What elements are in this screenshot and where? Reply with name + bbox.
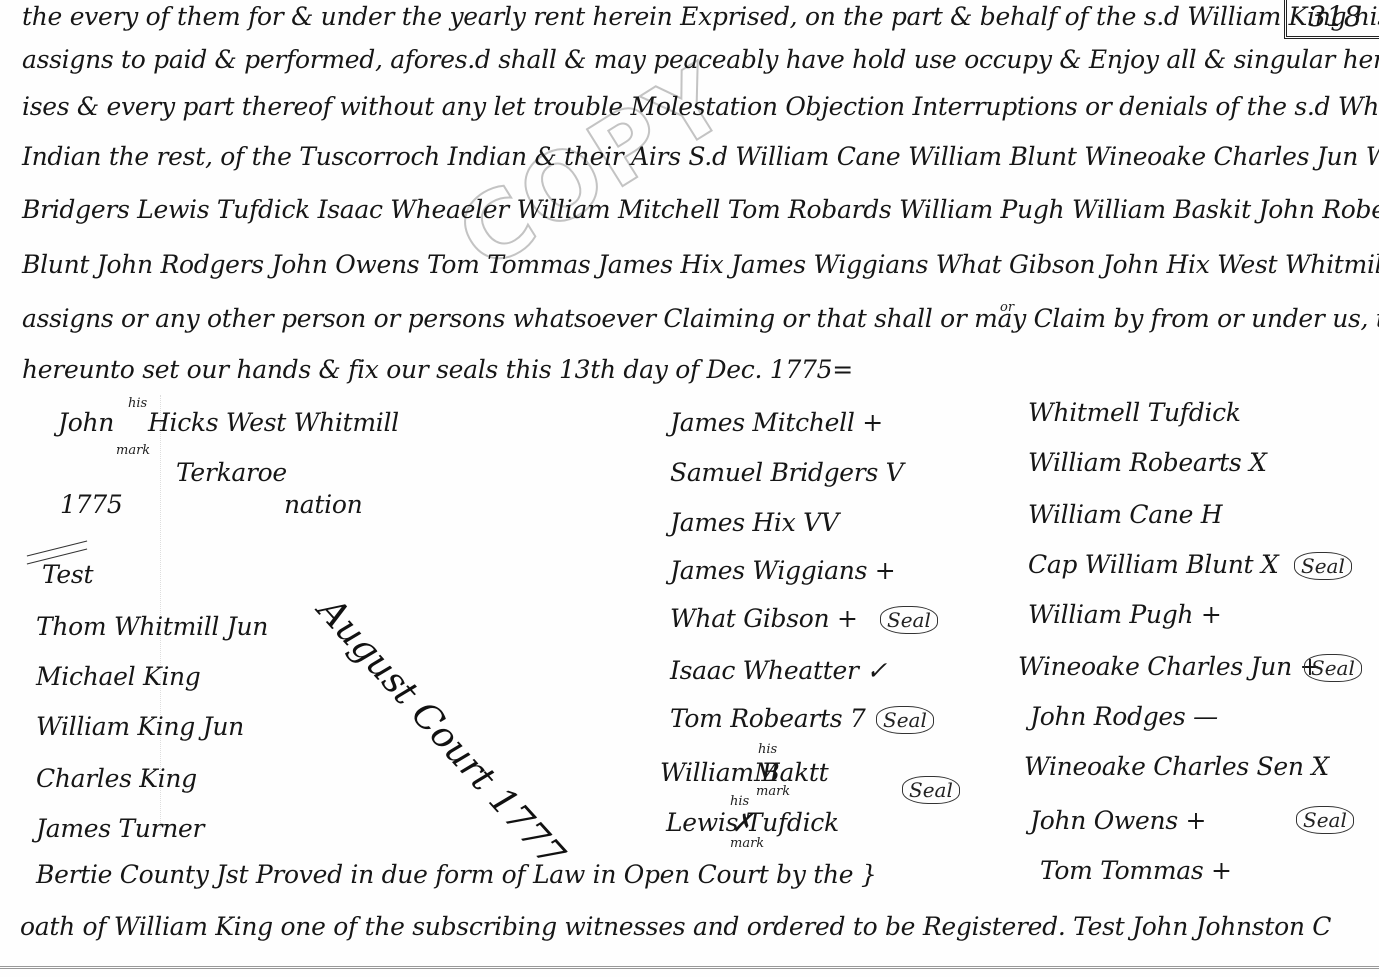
- principal-signer-first: John: [58, 408, 114, 437]
- witness-2: Michael King: [36, 662, 201, 691]
- signature-mid-6: Isaac Wheatter ✓: [670, 656, 887, 685]
- signer-name: John Rodges: [1030, 702, 1185, 731]
- signer-mark: —: [1193, 702, 1218, 731]
- signer-mark: +: [1186, 806, 1207, 835]
- signer-mark: ✓: [866, 656, 887, 685]
- signer-mark: H: [1201, 500, 1223, 529]
- body-line-1: the every of them for & under the yearly…: [22, 2, 1379, 31]
- signer-mark: +: [875, 556, 896, 585]
- signer-name: Wineoake Charles Jun: [1018, 652, 1292, 681]
- seal-mark: Seal: [880, 606, 938, 634]
- signer-mark: 7: [850, 704, 866, 733]
- august-court-note: August Court 1777: [310, 590, 573, 875]
- document-page: 318 COPY the every of them for & under t…: [0, 0, 1379, 977]
- body-line-2: assigns to paid & performed, afores.d sh…: [22, 45, 1379, 74]
- signature-right-3: William Cane H: [1028, 500, 1222, 529]
- signature-mid-1: James Mitchell +: [670, 408, 883, 437]
- tribe-name: Terkaroe: [176, 458, 287, 487]
- interlinear-or: or: [1000, 300, 1014, 315]
- seal-mark: Seal: [1294, 552, 1352, 580]
- signer-name: Isaac Wheatter: [670, 656, 859, 685]
- signer-mark: V: [886, 458, 904, 487]
- signer-mark: +: [1201, 600, 1222, 629]
- signer-mark: VV: [803, 508, 839, 537]
- seal-mark: Seal: [1304, 654, 1362, 682]
- proof-line-1: Bertie County Jst Proved in due form of …: [36, 860, 877, 889]
- mid-8-mark-word: mark: [756, 784, 790, 799]
- mid-8-mark: M: [754, 758, 779, 787]
- principal-mark: mark: [116, 443, 150, 458]
- signature-right-7: John Rodges —: [1030, 702, 1218, 731]
- signer-mark: +: [837, 604, 858, 633]
- signer-name: William Cane: [1028, 500, 1193, 529]
- signer-mark: X: [1311, 752, 1329, 781]
- mid-9-mark: ✗: [732, 808, 753, 837]
- signer-name: Tom Robearts: [670, 704, 842, 733]
- signature-right-1: Whitmell Tufdick: [1028, 398, 1241, 427]
- principal-his: his: [128, 396, 147, 411]
- bottom-rule: [0, 966, 1379, 969]
- test-rule: [27, 541, 87, 557]
- signer-name: Tom Tommas: [1040, 856, 1203, 885]
- signer-name: Wineoake Charles Sen: [1024, 752, 1304, 781]
- signer-name: Cap William Blunt: [1028, 550, 1253, 579]
- signer-name: William Baktt: [660, 758, 828, 787]
- signer-name: James Hix: [670, 508, 795, 537]
- mid-9-his: his: [730, 794, 749, 809]
- signature-mid-8: William Baktt: [660, 758, 828, 787]
- body-line-7: assigns or any other person or persons w…: [22, 304, 1379, 333]
- year: 1775: [60, 490, 122, 519]
- body-line-8: hereunto set our hands & fix our seals t…: [22, 355, 853, 384]
- signature-right-2: William Robearts X: [1028, 448, 1267, 477]
- signer-name: James Mitchell: [670, 408, 855, 437]
- signature-right-4: Cap William Blunt X: [1028, 550, 1278, 579]
- seal-mark: Seal: [1296, 806, 1354, 834]
- seal-mark: Seal: [902, 776, 960, 804]
- signature-mid-2: Samuel Bridgers V: [670, 458, 903, 487]
- signature-mid-3: James Hix VV: [670, 508, 839, 537]
- witness-1: Thom Whitmill Jun: [36, 612, 268, 641]
- signer-mark: X: [1261, 550, 1279, 579]
- mid-8-his: his: [758, 742, 777, 757]
- signer-name: Samuel Bridgers: [670, 458, 878, 487]
- signature-right-10: Tom Tommas +: [1040, 856, 1232, 885]
- witness-3: William King Jun: [36, 712, 244, 741]
- signature-mid-4: James Wiggians +: [670, 556, 895, 585]
- signature-mid-5: What Gibson +: [670, 604, 858, 633]
- signer-mark: +: [862, 408, 883, 437]
- signature-right-8: Wineoake Charles Sen X: [1024, 752, 1329, 781]
- witness-4: Charles King: [36, 764, 197, 793]
- signature-mid-7: Tom Robearts 7: [670, 704, 866, 733]
- body-line-5: Bridgers Lewis Tufdick Isaac Wheaeler Wi…: [22, 195, 1379, 224]
- body-line-4: Indian the rest, of the Tuscorroch India…: [22, 142, 1379, 171]
- seal-mark: Seal: [876, 706, 934, 734]
- nation-label: nation: [284, 490, 362, 519]
- signer-name: Whitmell Tufdick: [1028, 398, 1241, 427]
- proof-line-2: oath of William King one of the subscrib…: [20, 912, 1331, 941]
- signer-name: James Wiggians: [670, 556, 867, 585]
- body-line-6: Blunt John Rodgers John Owens Tom Tommas…: [22, 250, 1379, 279]
- principal-signer-rest: Hicks West Whitmill: [148, 408, 399, 437]
- signer-name: John Owens: [1030, 806, 1178, 835]
- signer-name: What Gibson: [670, 604, 829, 633]
- signer-mark: +: [1211, 856, 1232, 885]
- test-label: Test: [42, 560, 93, 589]
- signer-mark: X: [1249, 448, 1267, 477]
- signature-right-6: Wineoake Charles Jun +: [1018, 652, 1320, 681]
- signature-right-9: John Owens +: [1030, 806, 1206, 835]
- signature-right-5: William Pugh +: [1028, 600, 1222, 629]
- witness-5: James Turner: [36, 814, 204, 843]
- signer-name: William Robearts: [1028, 448, 1241, 477]
- mid-9-mark-word: mark: [730, 836, 764, 851]
- signer-name: William Pugh: [1028, 600, 1193, 629]
- body-line-3: ises & every part thereof without any le…: [22, 92, 1379, 121]
